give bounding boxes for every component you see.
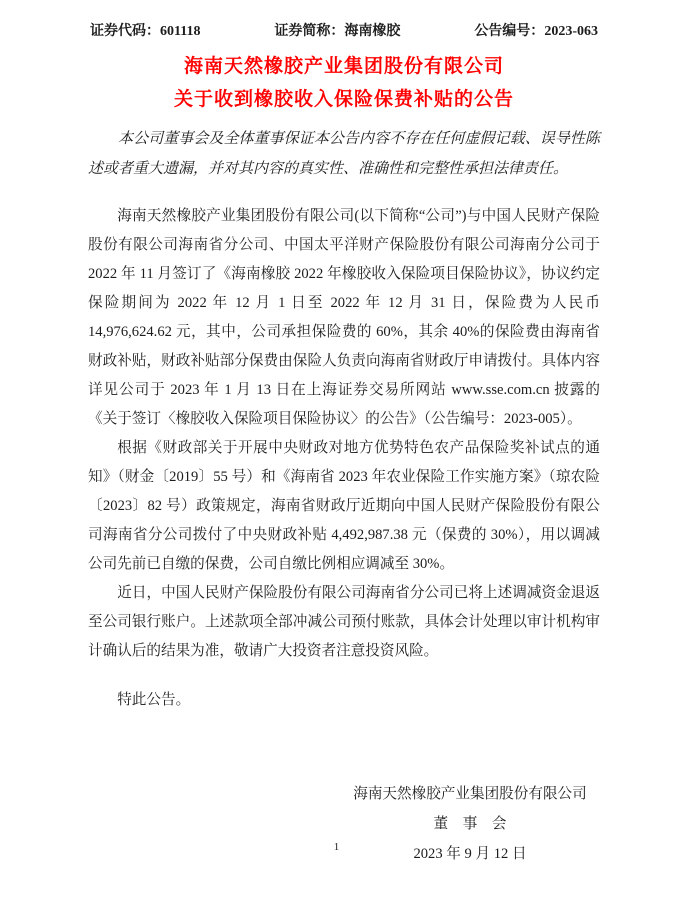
signature-block: 海南天然橡胶产业集团股份有限公司 董 事 会 2023 年 9 月 12 日 [350,779,590,869]
announcement-number: 公告编号：2023-063 [474,20,598,40]
stock-code-value: 601118 [160,24,200,39]
document-header: 证券代码：601118 证券简称：海南橡胶 公告编号：2023-063 [90,20,598,40]
announcement-page: 证券代码：601118 证券简称：海南橡胶 公告编号：2023-063 海南天然… [0,0,687,905]
body-paragraph-1: 海南天然橡胶产业集团股份有限公司(以下简称“公司”)与中国人民财产保险股份有限公… [88,202,600,434]
company-title: 海南天然橡胶产业集团股份有限公司 [88,50,600,83]
body-paragraph-2: 根据《财政部关于开展中央财政对地方优势特色农产品保险奖补试点的通知》（财金〔20… [88,434,600,579]
signature-company: 海南天然橡胶产业集团股份有限公司 [350,779,590,809]
announcement-title: 关于收到橡胶收入保险保费补贴的公告 [88,83,600,116]
stock-name-label: 证券简称： [274,24,344,39]
signature-board: 董 事 会 [350,809,590,839]
stock-code: 证券代码：601118 [90,20,200,40]
stock-name-value: 海南橡胶 [344,24,400,39]
announcement-number-label: 公告编号： [474,24,544,39]
stock-code-label: 证券代码： [90,24,160,39]
stock-name: 证券简称：海南橡胶 [274,20,400,40]
announcement-number-value: 2023-063 [544,24,598,39]
body-paragraph-3: 近日，中国人民财产保险股份有限公司海南省分公司已将上述调减资金退返至公司银行账户… [88,579,600,666]
closing-statement: 特此公告。 [88,686,600,715]
page-number: 1 [0,841,673,853]
board-disclaimer: 本公司董事会及全体董事保证本公告内容不存在任何虚假记载、误导性陈述或者重大遗漏，… [88,124,600,184]
